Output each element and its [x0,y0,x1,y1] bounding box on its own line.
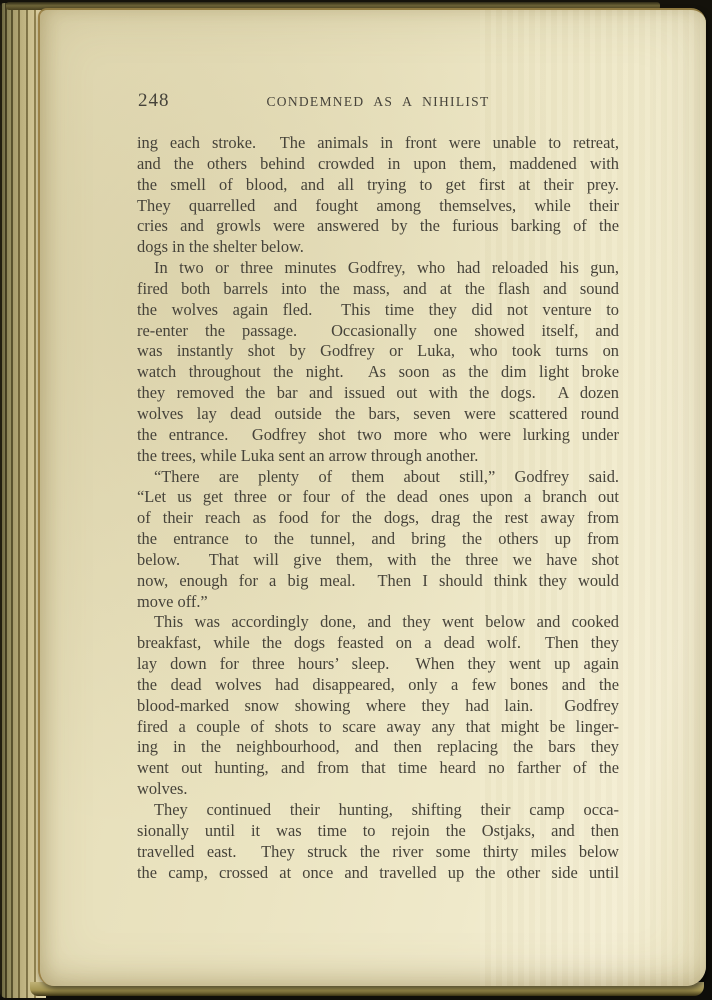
text-line: of their reach as food for the dogs, dra… [137,508,619,529]
text-line: They continued their hunting, shifting t… [137,800,619,821]
text-line: re-enter the passage. Occasionally one s… [137,321,619,342]
text-line: breakfast, while the dogs feasted on a d… [137,633,619,654]
book-scan: 248 CONDEMNED AS A NIHILIST ing each str… [0,0,712,1000]
text-line: ing each stroke. The animals in front we… [137,133,619,154]
text-line: the camp, crossed at once and travelled … [137,863,619,884]
page-number: 248 [138,90,170,112]
text-line: and the others behind crowded in upon th… [137,154,619,175]
text-line: fired a couple of shots to scare away an… [137,717,619,738]
text-line: went out hunting, and from that time hea… [137,758,619,779]
text-line: the smell of blood, and all trying to ge… [137,175,619,196]
text-line: was instantly shot by Godfrey or Luka, w… [137,341,619,362]
paragraph: This was accordingly done, and they went… [137,612,619,800]
text-line: below. That will give them, with the thr… [137,550,619,571]
text-line: wolves lay dead outside the bars, seven … [137,404,619,425]
text-line: In two or three minutes Godfrey, who had… [137,258,619,279]
text-line: travelled east. They struck the river so… [137,842,619,863]
text-line: “Let us get three or four of the dead on… [137,487,619,508]
text-line: the entrance. Godfrey shot two more who … [137,425,619,446]
paragraph: “There are plenty of them about still,” … [137,467,619,613]
text-line: sionally until it was time to rejoin the… [137,821,619,842]
paragraph: ing each stroke. The animals in front we… [137,133,619,258]
page-header: 248 CONDEMNED AS A NIHILIST [137,90,619,112]
text-line: ing in the neighbourhood, and then repla… [137,737,619,758]
paragraph: They continued their hunting, shifting t… [137,800,619,883]
text-line: They quarrelled and fought among themsel… [137,196,619,217]
text-line: now, enough for a big meal. Then I shoul… [137,571,619,592]
text-line: fired both barrels into the mass, and at… [137,279,619,300]
paragraph: In two or three minutes Godfrey, who had… [137,258,619,466]
text-line: the entrance to the tunnel, and bring th… [137,529,619,550]
text-line: “There are plenty of them about still,” … [137,467,619,488]
text-line: they removed the bar and issued out with… [137,383,619,404]
book-page: 248 CONDEMNED AS A NIHILIST ing each str… [38,8,706,986]
text-line: blood-marked snow showing where they had… [137,696,619,717]
text-line: the wolves again fled. This time they di… [137,300,619,321]
text-line: watch throughout the night. As soon as t… [137,362,619,383]
text-line: lay down for three hours’ sleep. When th… [137,654,619,675]
text-line: This was accordingly done, and they went… [137,612,619,633]
running-header: CONDEMNED AS A NIHILIST [137,90,619,110]
text-line: dogs in the shelter below. [137,237,619,258]
text-line: move off.” [137,592,619,613]
page-text: ing each stroke. The animals in front we… [137,133,619,883]
text-line: the trees, while Luka sent an arrow thro… [137,446,619,467]
text-line: the dead wolves had disappeared, only a … [137,675,619,696]
text-line: cries and growls were answered by the fu… [137,216,619,237]
text-line: wolves. [137,779,619,800]
page-content: 248 CONDEMNED AS A NIHILIST ing each str… [137,90,619,883]
